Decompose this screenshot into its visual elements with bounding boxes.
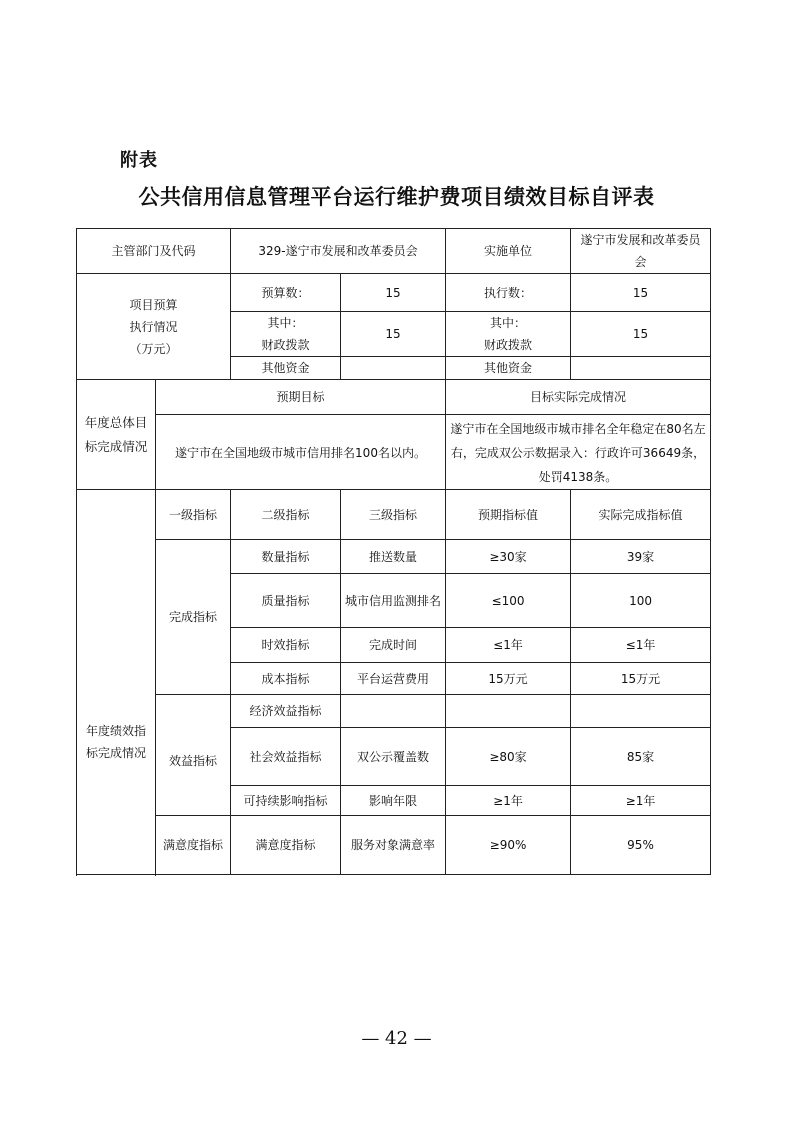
level3-cell: 双公示覆盖数 xyxy=(341,728,446,786)
fiscal-exec-value: 15 xyxy=(571,312,711,357)
fiscal-exec-label: 其中： 财政拨款 xyxy=(446,312,571,357)
budget-label: 预算数： xyxy=(231,274,341,312)
expected-value-cell: ≤100 xyxy=(446,574,571,628)
actual-value-cell: ≤1年 xyxy=(571,628,711,663)
page-number: — 42 — xyxy=(0,1028,793,1049)
fiscal-label-line1: 其中： xyxy=(450,312,566,334)
other-budget-label: 其他资金 xyxy=(231,357,341,380)
actual-value-cell: 95% xyxy=(571,816,711,875)
table-row: 满意度指标 满意度指标 服务对象满意率 ≥90% 95% xyxy=(77,816,711,875)
appendix-label: 附表 xyxy=(120,146,158,172)
fiscal-budget-label: 其中： 财政拨款 xyxy=(231,312,341,357)
expected-value-header: 预期指标值 xyxy=(446,490,571,540)
dept-value: 329-遂宁市发展和改革委员会 xyxy=(231,229,446,274)
actual-value-cell: 100 xyxy=(571,574,711,628)
impl-value: 遂宁市发展和改革委员会 xyxy=(571,229,711,274)
level1-completion: 完成指标 xyxy=(156,540,231,695)
level1-satisfaction: 满意度指标 xyxy=(156,816,231,875)
level3-cell xyxy=(341,695,446,728)
fiscal-label-line2: 财政拨款 xyxy=(235,334,336,356)
actual-value-cell xyxy=(571,695,711,728)
other-budget-value xyxy=(341,357,446,380)
level1-header: 一级指标 xyxy=(156,490,231,540)
exec-value: 15 xyxy=(571,274,711,312)
level2-cell: 经济效益指标 xyxy=(231,695,341,728)
expected-value-cell: 15万元 xyxy=(446,663,571,695)
info-row: 主管部门及代码 329-遂宁市发展和改革委员会 实施单位 遂宁市发展和改革委员会 xyxy=(77,229,711,274)
other-exec-label: 其他资金 xyxy=(446,357,571,380)
level3-cell: 完成时间 xyxy=(341,628,446,663)
level3-cell: 推送数量 xyxy=(341,540,446,574)
expected-value-cell: ≥30家 xyxy=(446,540,571,574)
actual-value-cell: ≥1年 xyxy=(571,786,711,816)
level3-cell: 影响年限 xyxy=(341,786,446,816)
fiscal-label-line2: 财政拨款 xyxy=(450,334,566,356)
level3-cell: 服务对象满意率 xyxy=(341,816,446,875)
annual-goal-content-row: 遂宁市在全国地级市城市信用排名100名以内。 遂宁市在全国地级市城市排名全年稳定… xyxy=(77,415,711,490)
level3-cell: 城市信用监测排名 xyxy=(341,574,446,628)
level2-cell: 数量指标 xyxy=(231,540,341,574)
annual-goal-label: 年度总体目标完成情况 xyxy=(77,380,156,490)
budget-value: 15 xyxy=(341,274,446,312)
budget-section-label: 项目预算 执行情况 （万元） xyxy=(77,274,231,380)
budget-row: 项目预算 执行情况 （万元） 预算数： 15 执行数： 15 xyxy=(77,274,711,312)
actual-value-cell: 15万元 xyxy=(571,663,711,695)
actual-value-cell: 39家 xyxy=(571,540,711,574)
table-row: 效益指标 经济效益指标 xyxy=(77,695,711,728)
performance-header-row: 年度绩效指标完成情况 一级指标 二级指标 三级指标 预期指标值 实际完成指标值 xyxy=(77,490,711,540)
dept-label: 主管部门及代码 xyxy=(77,229,231,274)
fiscal-budget-value: 15 xyxy=(341,312,446,357)
fiscal-label-line1: 其中： xyxy=(235,312,336,334)
actual-goal-text: 遂宁市在全国地级市城市排名全年稳定在80名左右，完成双公示数据录入：行政许可36… xyxy=(446,415,711,490)
level3-header: 三级指标 xyxy=(341,490,446,540)
table-row: 完成指标 数量指标 推送数量 ≥30家 39家 xyxy=(77,540,711,574)
level2-cell: 满意度指标 xyxy=(231,816,341,875)
level1-benefit: 效益指标 xyxy=(156,695,231,816)
level2-cell: 质量指标 xyxy=(231,574,341,628)
expected-value-cell: ≥90% xyxy=(446,816,571,875)
budget-section-label-line1: 项目预算 xyxy=(81,294,226,316)
performance-section-label: 年度绩效指标完成情况 xyxy=(77,490,156,875)
level2-cell: 可持续影响指标 xyxy=(231,786,341,816)
exec-label: 执行数： xyxy=(446,274,571,312)
expected-value-cell: ≥1年 xyxy=(446,786,571,816)
expected-goal-text: 遂宁市在全国地级市城市信用排名100名以内。 xyxy=(156,415,446,490)
budget-section-label-line3: （万元） xyxy=(81,338,226,360)
expected-goal-header: 预期目标 xyxy=(156,380,446,415)
budget-section-label-line2: 执行情况 xyxy=(81,316,226,338)
actual-value-header: 实际完成指标值 xyxy=(571,490,711,540)
level2-header: 二级指标 xyxy=(231,490,341,540)
expected-value-cell: ≥80家 xyxy=(446,728,571,786)
impl-label: 实施单位 xyxy=(446,229,571,274)
level2-cell: 成本指标 xyxy=(231,663,341,695)
actual-value-cell: 85家 xyxy=(571,728,711,786)
expected-value-cell: ≤1年 xyxy=(446,628,571,663)
actual-goal-header: 目标实际完成情况 xyxy=(446,380,711,415)
other-exec-value xyxy=(571,357,711,380)
level2-cell: 社会效益指标 xyxy=(231,728,341,786)
expected-value-cell xyxy=(446,695,571,728)
level3-cell: 平台运营费用 xyxy=(341,663,446,695)
self-evaluation-table: 主管部门及代码 329-遂宁市发展和改革委员会 实施单位 遂宁市发展和改革委员会… xyxy=(76,228,711,875)
level2-cell: 时效指标 xyxy=(231,628,341,663)
annual-goal-header-row: 年度总体目标完成情况 预期目标 目标实际完成情况 xyxy=(77,380,711,415)
page-title: 公共信用信息管理平台运行维护费项目绩效目标自评表 xyxy=(0,181,793,211)
